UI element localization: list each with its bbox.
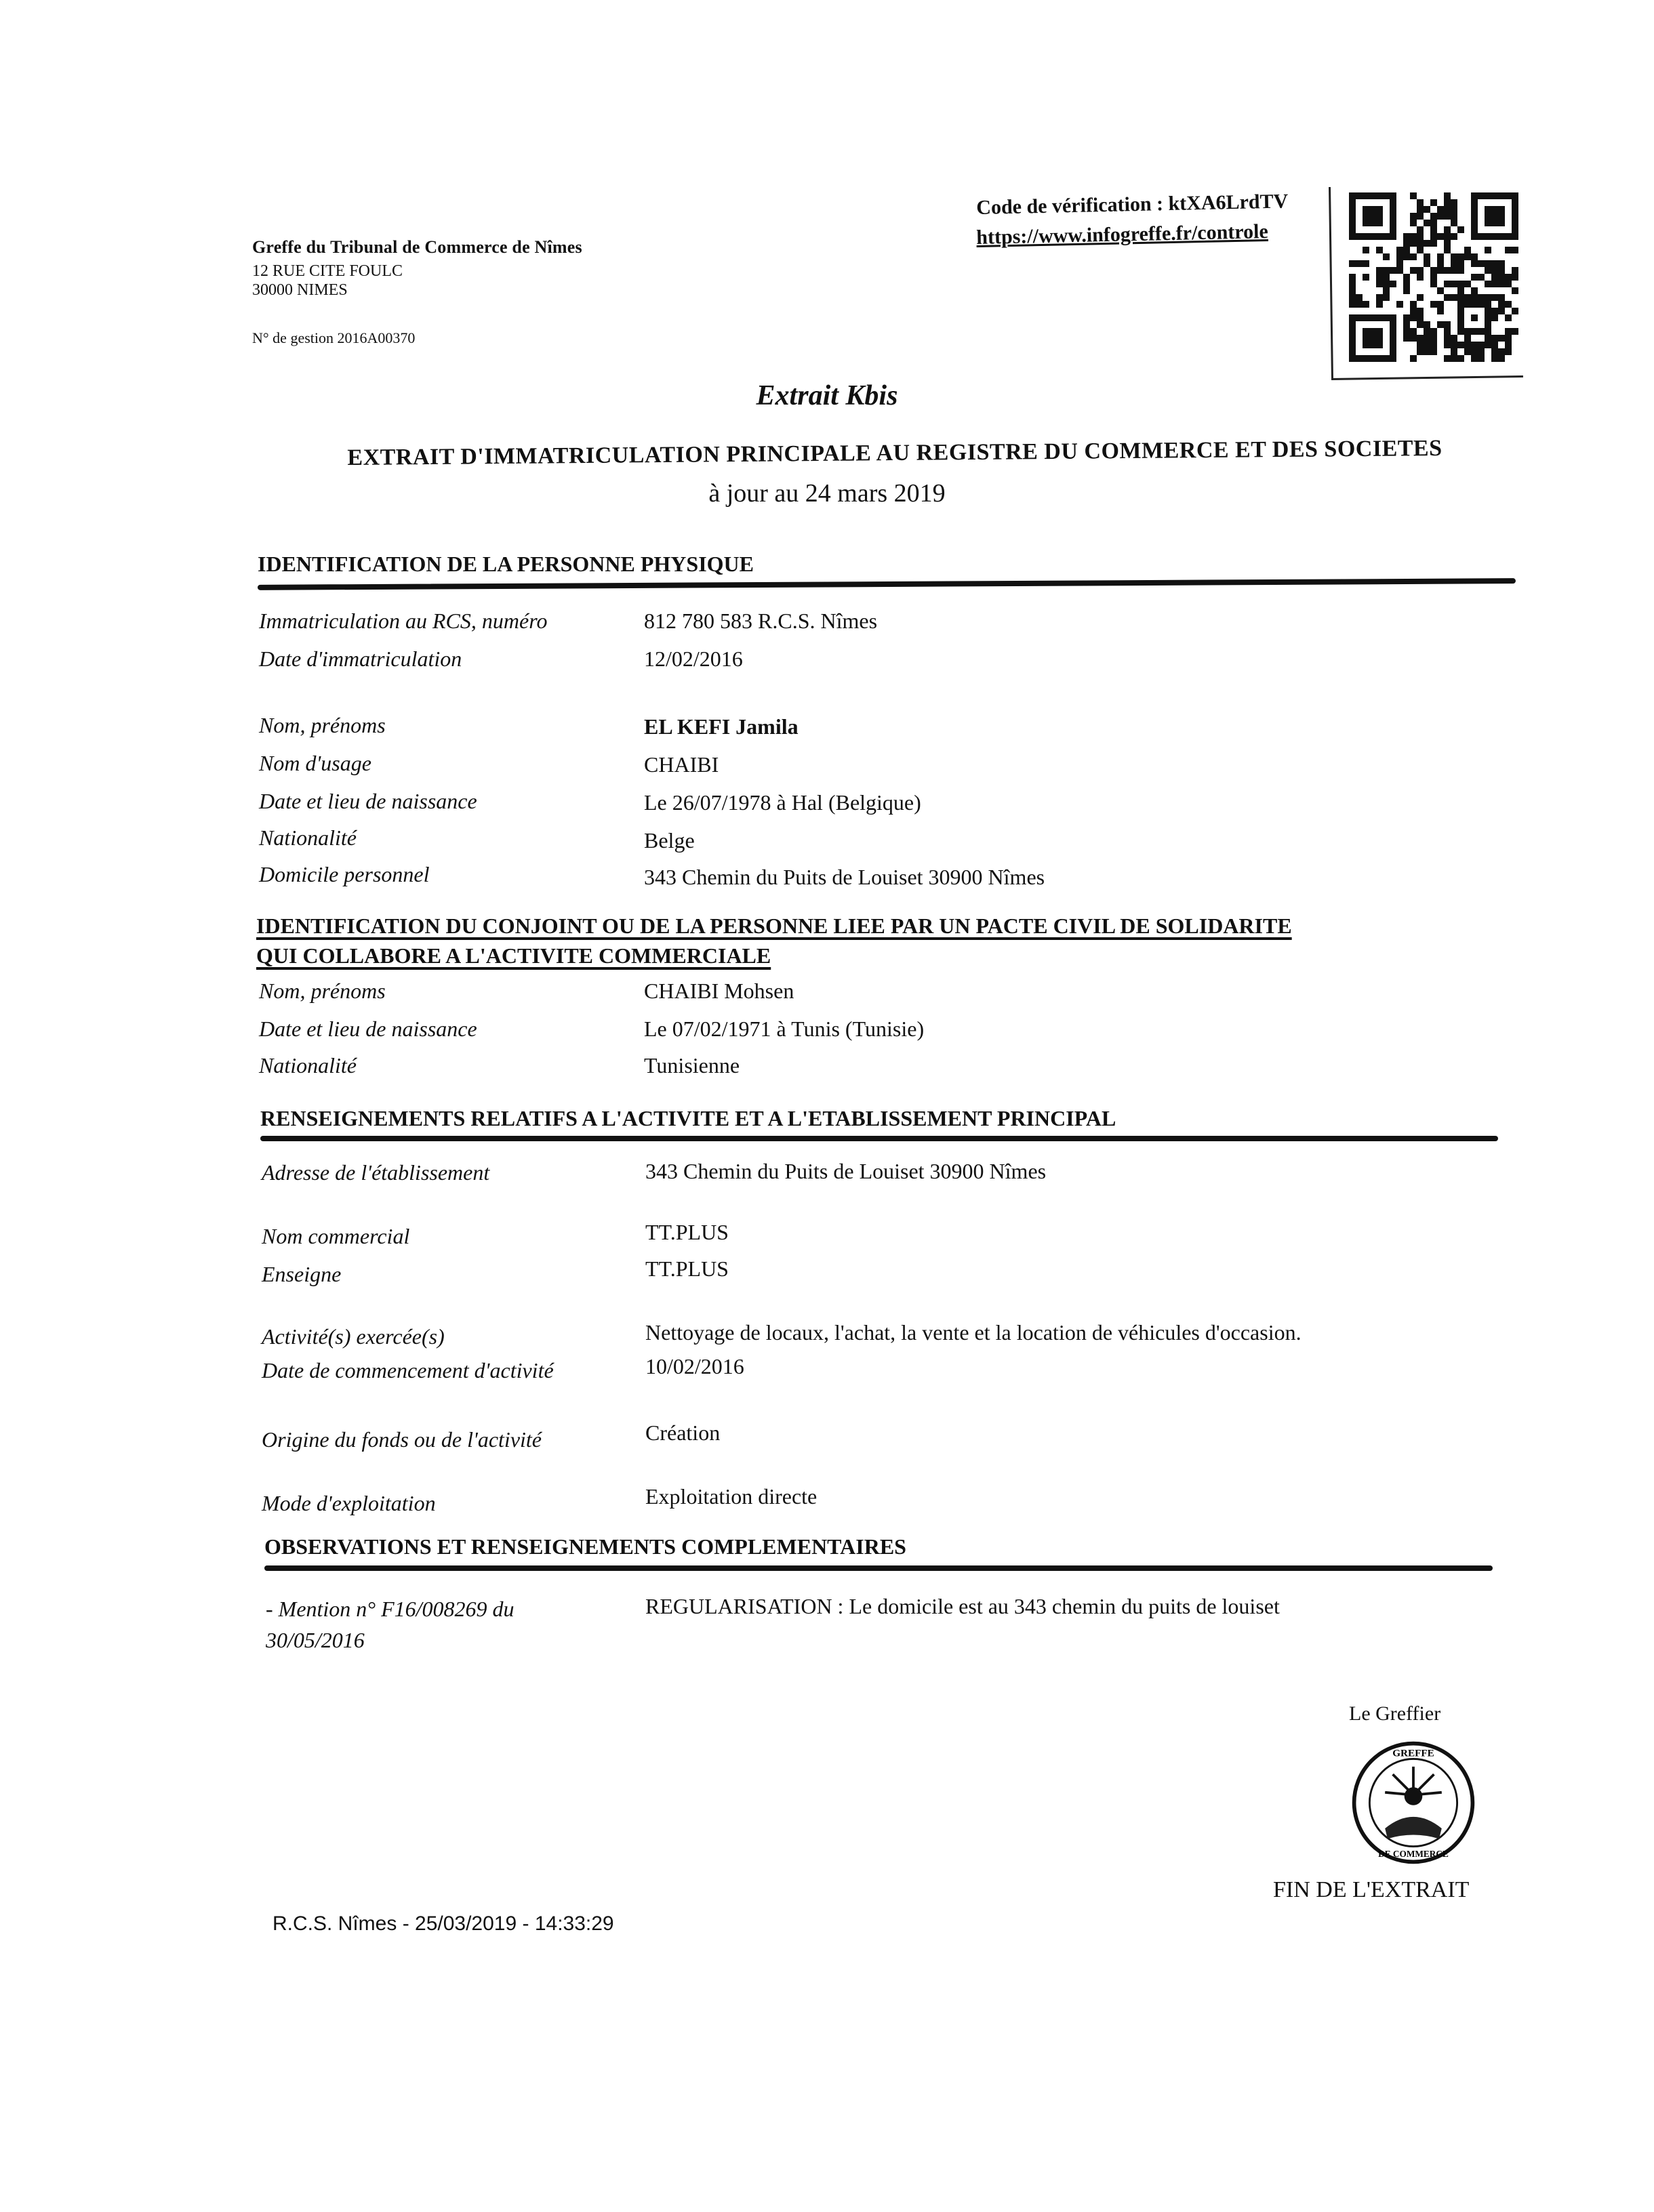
mention-label-line2: 30/05/2016 bbox=[266, 1628, 365, 1653]
field-value-sign: TT.PLUS bbox=[645, 1256, 729, 1282]
field-label: Domicile personnel bbox=[259, 862, 430, 887]
field-value-activities: Nettoyage de locaux, l'achat, la vente e… bbox=[645, 1320, 1302, 1345]
field-label: Date de commencement d'activité bbox=[262, 1358, 554, 1383]
address-line-2: 30000 NIMES bbox=[252, 281, 403, 300]
field-value-spouse-name: CHAIBI Mohsen bbox=[644, 979, 794, 1004]
end-of-extract: FIN DE L'EXTRAIT bbox=[1273, 1877, 1469, 1903]
field-value-start-date: 10/02/2016 bbox=[645, 1354, 744, 1379]
field-value-name: EL KEFI Jamila bbox=[644, 714, 799, 739]
field-label: Mode d'exploitation bbox=[262, 1491, 436, 1516]
field-label: Date et lieu de naissance bbox=[259, 789, 477, 814]
field-value-operation-mode: Exploitation directe bbox=[645, 1484, 817, 1509]
section-heading-conjoint-line1: IDENTIFICATION DU CONJOINT OU DE LA PERS… bbox=[256, 914, 1292, 939]
main-title: EXTRAIT D'IMMATRICULATION PRINCIPALE AU … bbox=[285, 435, 1505, 472]
field-label: Origine du fonds ou de l'activité bbox=[262, 1427, 542, 1452]
section-rule bbox=[258, 578, 1516, 590]
mention-label-line1: - Mention n° F16/008269 du bbox=[266, 1597, 515, 1622]
field-label: Date d'immatriculation bbox=[259, 647, 462, 672]
verification-url-link[interactable]: https://www.infogreffe.fr/controle bbox=[976, 220, 1268, 249]
greffe-office-name: Greffe du Tribunal de Commerce de Nîmes bbox=[252, 237, 582, 258]
section-heading-observations: OBSERVATIONS ET RENSEIGNEMENTS COMPLEMEN… bbox=[264, 1534, 906, 1559]
field-value-nationality: Belge bbox=[644, 828, 695, 853]
field-label: Enseigne bbox=[262, 1262, 341, 1287]
field-value-usage-name: CHAIBI bbox=[644, 752, 719, 777]
field-label: Adresse de l'établissement bbox=[262, 1160, 489, 1185]
svg-text:DE COMMERCE: DE COMMERCE bbox=[1378, 1849, 1449, 1859]
field-value-establishment-address: 343 Chemin du Puits de Louiset 30900 Nîm… bbox=[645, 1159, 1046, 1184]
greffier-label: Le Greffier bbox=[1349, 1702, 1440, 1725]
svg-text:GREFFE: GREFFE bbox=[1392, 1748, 1434, 1759]
section-rule bbox=[260, 1136, 1498, 1141]
section-heading-personne: IDENTIFICATION DE LA PERSONNE PHYSIQUE bbox=[258, 552, 754, 577]
rcs-timestamp: R.C.S. Nîmes - 25/03/2019 - 14:33:29 bbox=[273, 1912, 614, 1935]
field-value-rcs-number: 812 780 583 R.C.S. Nîmes bbox=[644, 609, 877, 634]
greffe-address: 12 RUE CITE FOULC 30000 NIMES bbox=[252, 262, 403, 300]
verification-code: Code de vérification : ktXA6LrdTV bbox=[976, 190, 1289, 220]
field-value-spouse-birth: Le 07/02/1971 à Tunis (Tunisie) bbox=[644, 1017, 924, 1042]
field-value-registration-date: 12/02/2016 bbox=[644, 647, 743, 672]
field-label: Activité(s) exercée(s) bbox=[262, 1324, 445, 1349]
qr-code-icon bbox=[1349, 192, 1518, 362]
field-label: Nom, prénoms bbox=[259, 979, 386, 1004]
court-seal-icon: GREFFE DE COMMERCE bbox=[1349, 1738, 1478, 1867]
field-label: Nom, prénoms bbox=[259, 713, 386, 738]
field-label: Nationalité bbox=[259, 825, 357, 851]
field-label: Immatriculation au RCS, numéro bbox=[259, 609, 547, 634]
field-label: Nationalité bbox=[259, 1053, 357, 1078]
field-value-origin: Création bbox=[645, 1420, 720, 1446]
field-value-spouse-nationality: Tunisienne bbox=[644, 1053, 740, 1078]
field-label: Date et lieu de naissance bbox=[259, 1017, 477, 1042]
update-date: à jour au 24 mars 2019 bbox=[0, 478, 1654, 508]
field-value-trade-name: TT.PLUS bbox=[645, 1220, 729, 1245]
document-type-title: Extrait Kbis bbox=[0, 380, 1654, 412]
field-value-birth: Le 26/07/1978 à Hal (Belgique) bbox=[644, 790, 921, 815]
address-line-1: 12 RUE CITE FOULC bbox=[252, 262, 403, 281]
field-label: Nom commercial bbox=[262, 1224, 409, 1249]
mention-value: REGULARISATION : Le domicile est au 343 … bbox=[645, 1594, 1280, 1619]
section-heading-activite: RENSEIGNEMENTS RELATIFS A L'ACTIVITE ET … bbox=[260, 1106, 1116, 1131]
section-rule bbox=[264, 1565, 1493, 1571]
gestion-number: N° de gestion 2016A00370 bbox=[252, 329, 415, 347]
field-label: Nom d'usage bbox=[259, 751, 371, 776]
section-heading-conjoint-line2: QUI COLLABORE A L'ACTIVITE COMMERCIALE bbox=[256, 943, 771, 968]
field-value-domicile: 343 Chemin du Puits de Louiset 30900 Nîm… bbox=[644, 865, 1045, 890]
